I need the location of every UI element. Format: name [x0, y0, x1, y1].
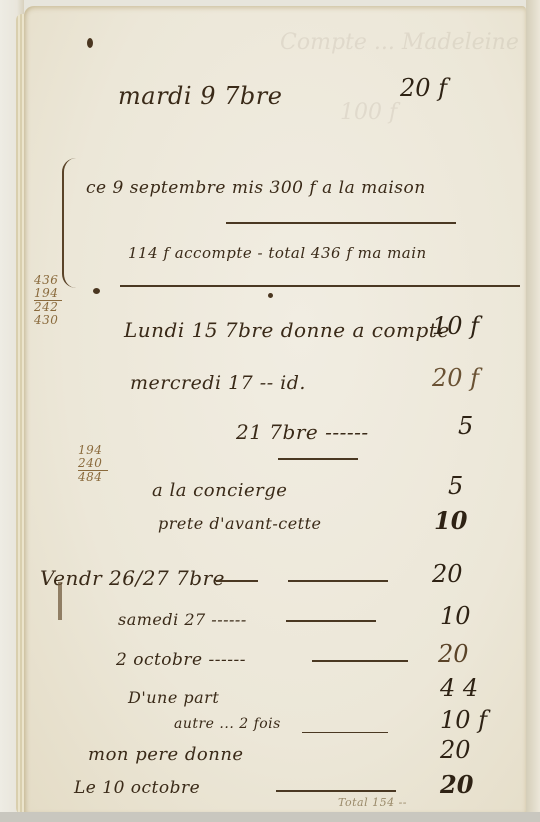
divider-line — [226, 222, 456, 224]
entry-amount: 20 — [438, 640, 469, 668]
scan-bottom-margin — [0, 812, 540, 822]
entry-label: mon pere donne — [88, 744, 244, 765]
entry-amount: 10 f — [440, 706, 487, 734]
margin-calculation: 194 240 484 — [78, 444, 108, 484]
entry-label: D'une part — [128, 688, 219, 707]
entry-amount: 10 f — [432, 312, 479, 340]
divider-line — [286, 620, 376, 622]
entry-amount: 20 f — [432, 364, 479, 392]
divider-line — [278, 458, 358, 460]
entry-amount: 4 4 — [440, 674, 478, 702]
entry-label: Vendr 26/27 7bre — [40, 566, 225, 590]
ink-blot — [93, 288, 100, 294]
scan-right-margin — [526, 0, 540, 822]
ink-blot — [87, 38, 93, 48]
entry-label: 114 f accompte - total 436 f ma main — [128, 244, 427, 262]
entry-amount: 20 — [440, 736, 471, 764]
entry-amount: 5 — [448, 472, 463, 500]
divider-line — [312, 660, 408, 662]
entry-amount: 20 — [432, 560, 463, 588]
entry-amount: 5 — [458, 412, 473, 440]
entry-label: a la concierge — [152, 480, 287, 501]
divider-line — [276, 790, 396, 792]
entry-label: 21 7bre ------ — [236, 420, 369, 444]
entry-amount: 20 f — [400, 74, 447, 102]
entry-label: ce 9 septembre mis 300 f a la maison — [86, 178, 426, 198]
bracket — [62, 158, 84, 288]
ink-blot — [268, 293, 273, 298]
divider-line — [120, 285, 520, 287]
entry-label: mardi 9 7bre — [118, 82, 282, 110]
entry-label: autre ... 2 fois — [174, 716, 281, 732]
entry-label: Le 10 octobre — [74, 778, 200, 798]
divider-line — [302, 732, 388, 733]
show-through-text: 100 f — [340, 100, 397, 125]
total-note: Total 154 -- — [338, 796, 407, 809]
entry-amount: 10 — [440, 602, 471, 630]
margin-calculation: 436 194 242 430 — [34, 274, 62, 327]
entry-label: prete d'avant-cette — [158, 514, 322, 533]
divider-line — [288, 580, 388, 582]
entry-label: mercredi 17 -- id. — [130, 372, 306, 394]
entry-label: 2 octobre ------ — [116, 650, 246, 670]
entry-amount: 20 — [440, 770, 473, 799]
divider-line — [216, 580, 258, 582]
show-through-text: Compte ... Madeleine — [280, 30, 519, 55]
entry-label: samedi 27 ------ — [118, 610, 247, 629]
entry-amount: 10 — [434, 506, 467, 535]
ink-drip — [58, 582, 62, 620]
entry-label: Lundi 15 7bre donne a compte — [124, 318, 450, 342]
